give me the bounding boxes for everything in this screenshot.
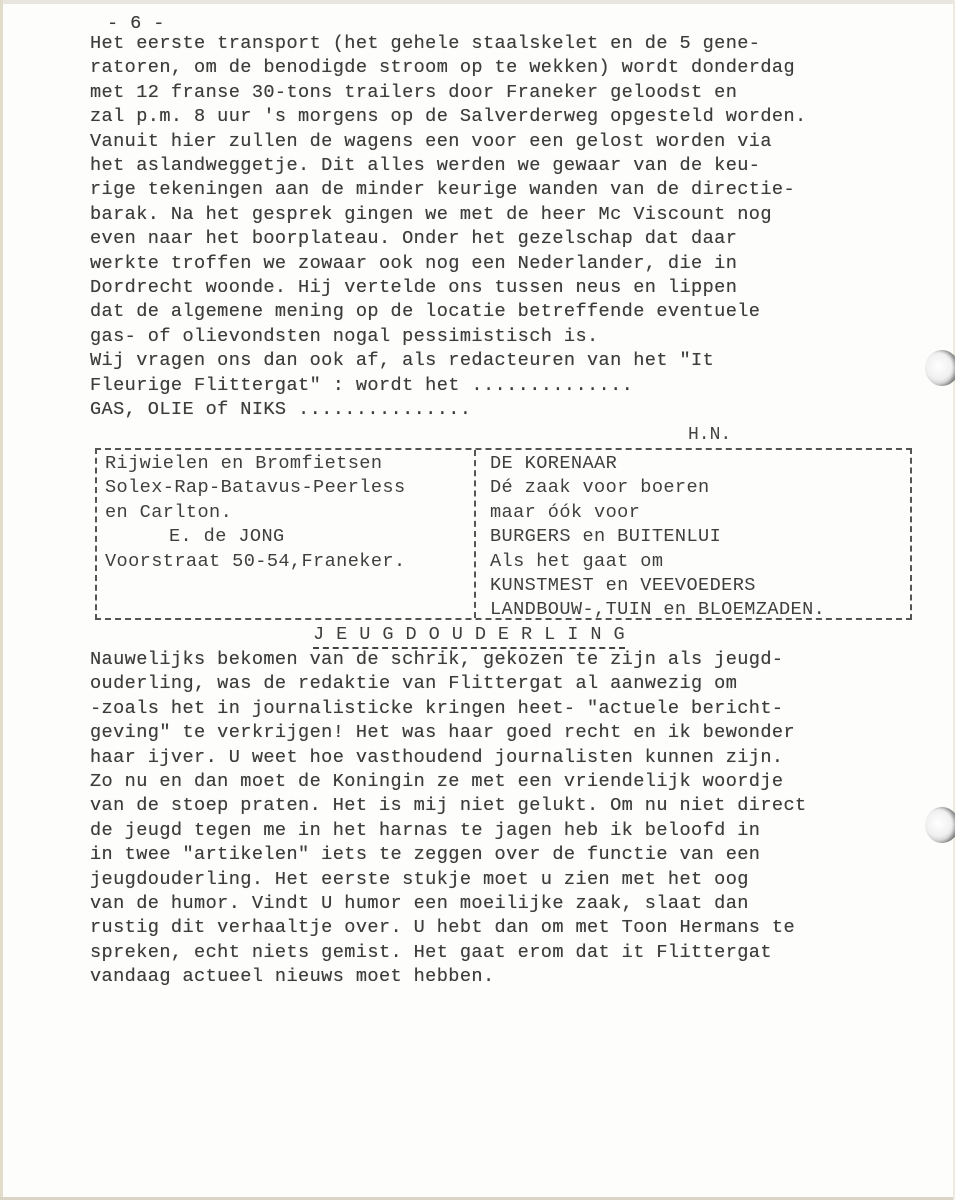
text-line: het aslandweggetje. Dit alles werden we … — [90, 154, 807, 178]
text-line: Nauwelijks bekomen van de schrik, gekoze… — [90, 648, 807, 672]
punch-hole — [925, 807, 955, 843]
ad-business-name: DE KORENAAR — [490, 452, 825, 476]
text-line: barak. Na het gesprek gingen we met de h… — [90, 203, 807, 227]
text-line: dat de algemene mening op de locatie bet… — [90, 300, 807, 324]
ad-line: BURGERS en BUITENLUI — [490, 525, 825, 549]
text-line: van de humor. Vindt U humor een moeilijk… — [90, 892, 807, 916]
page-edge — [0, 0, 3, 1200]
advertisement-de-korenaar: DE KORENAAR Dé zaak voor boeren maar óók… — [490, 452, 825, 623]
text-line: GAS, OLIE of NIKS ............... — [90, 398, 807, 422]
text-line: even naar het boorplateau. Onder het gez… — [90, 227, 807, 251]
text-line: de jeugd tegen me in het harnas te jagen… — [90, 819, 807, 843]
ad-line: maar óók voor — [490, 501, 825, 525]
text-line: rige tekeningen aan de minder keurige wa… — [90, 178, 807, 202]
text-line: jeugdouderling. Het eerste stukje moet u… — [90, 868, 807, 892]
ad-line: LANDBOUW-,TUIN en BLOEMZADEN. — [490, 598, 825, 622]
text-line: met 12 franse 30-tons trailers door Fran… — [90, 81, 807, 105]
ad-line: Dé zaak voor boeren — [490, 476, 825, 500]
article-transport: Het eerste transport (het gehele staalsk… — [90, 32, 807, 423]
ad-line: KUNSTMEST en VEEVOEDERS — [490, 574, 825, 598]
page-edge — [0, 0, 955, 4]
text-line: in twee "artikelen" iets te zeggen over … — [90, 843, 807, 867]
text-line: gas- of olievondsten nogal pessimistisch… — [90, 325, 807, 349]
text-line: Wij vragen ons dan ook af, als redacteur… — [90, 349, 807, 373]
section-heading: J E U G D O U D E R L I N G — [313, 624, 625, 649]
ad-line: en Carlton. — [105, 501, 406, 525]
text-line: Fleurige Flittergat" : wordt het .......… — [90, 374, 807, 398]
ad-line: Rijwielen en Bromfietsen — [105, 452, 406, 476]
article-jeugdouderling: Nauwelijks bekomen van de schrik, gekoze… — [90, 648, 807, 990]
text-line: werkte troffen we zowaar ook nog een Ned… — [90, 252, 807, 276]
ad-line: Als het gaat om — [490, 550, 825, 574]
ad-divider — [474, 450, 476, 618]
text-line: spreken, echt niets gemist. Het gaat ero… — [90, 941, 807, 965]
advertisement-box: Rijwielen en Bromfietsen Solex-Rap-Batav… — [95, 448, 912, 620]
text-line: Vanuit hier zullen de wagens een voor ee… — [90, 130, 807, 154]
text-line: Zo nu en dan moet de Koningin ze met een… — [90, 770, 807, 794]
author-signature: H.N. — [688, 425, 731, 445]
text-line: ouderling, was de redaktie van Flitterga… — [90, 672, 807, 696]
text-line: zal p.m. 8 uur 's morgens op de Salverde… — [90, 105, 807, 129]
ad-line: Solex-Rap-Batavus-Peerless — [105, 476, 406, 500]
text-line: -zoals het in journalisticke kringen hee… — [90, 697, 807, 721]
advertisement-de-jong: Rijwielen en Bromfietsen Solex-Rap-Batav… — [105, 452, 406, 574]
text-line: geving" te verkrijgen! Het was haar goed… — [90, 721, 807, 745]
text-line: haar ijver. U weet hoe vasthoudend journ… — [90, 746, 807, 770]
text-line: vandaag actueel nieuws moet hebben. — [90, 965, 807, 989]
ad-business-name: E. de JONG — [105, 525, 406, 549]
text-line: van de stoep praten. Het is mij niet gel… — [90, 794, 807, 818]
ad-address: Voorstraat 50-54,Franeker. — [105, 550, 406, 574]
punch-hole — [925, 350, 955, 386]
text-line: ratoren, om de benodigde stroom op te we… — [90, 56, 807, 80]
text-line: Het eerste transport (het gehele staalsk… — [90, 32, 807, 56]
text-line: Dordrecht woonde. Hij vertelde ons tusse… — [90, 276, 807, 300]
text-line: rustig dit verhaaltje over. U hebt dan o… — [90, 916, 807, 940]
